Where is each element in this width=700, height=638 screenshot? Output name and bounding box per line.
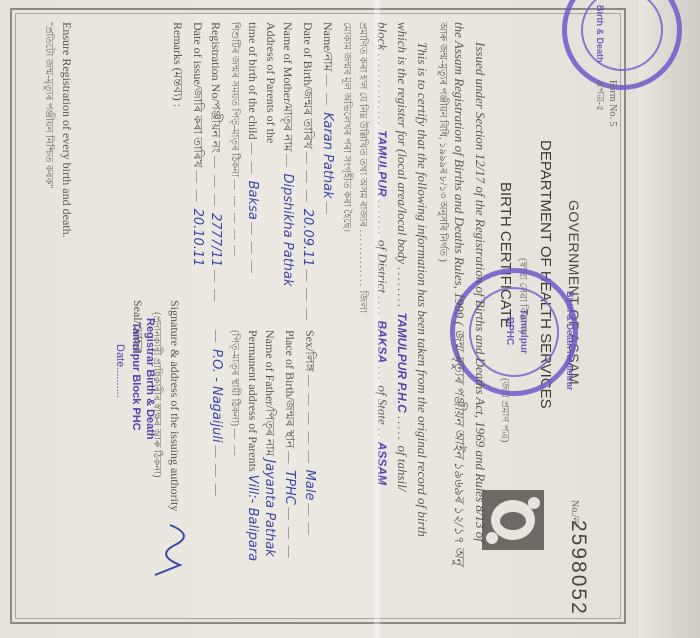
certificate-number: 2598052: [566, 520, 590, 616]
father-row: Name of Father/পিতৃৰ নাম Jayanta Pathak: [258, 330, 278, 557]
bengali-certify-line-2: মোকাম জন্মৰ মূল অভিলেখৰ পৰা সংগৃহীত কৰা …: [337, 22, 354, 232]
sex-value: Male: [302, 470, 317, 501]
issued-under-line-3: আৰু জন্ম-মৃত্যুৰ পঞ্জীয়ন বিধি, ১৯৯৯ৰ ৮/…: [433, 22, 450, 262]
signature-scribble-icon: [150, 520, 200, 580]
registration-row: Registration No/পঞ্জীয়ন নং — — — 2777/1…: [204, 22, 224, 303]
sex-row: Sex/লিঙ্গ — — — — — Male — —: [298, 330, 318, 536]
certify-line-1: This is to certify that the following in…: [414, 42, 430, 537]
issue-date-value: 20.10.11: [190, 209, 205, 267]
pob-row: Place of Birth/জন্মৰ স্থান — TPHC — — —: [278, 330, 298, 560]
signature-label: Signature & address of the issuing autho…: [167, 300, 182, 511]
pob-value: TPHC: [282, 470, 297, 505]
perm-address-row-2: — P.O. - Nagaijuli — — —: [209, 330, 224, 498]
bengali-certify-line-1: প্ৰমাণিত কৰা হ'ল যে নিম্ন উল্লিখিত তথ্য …: [353, 22, 370, 313]
birth-certificate: Birth & Death Form No. 5 প্ৰপত্ৰ-৫ GOVER…: [0, 0, 640, 638]
dob-row: Date of Birth/জন্মৰ তাৰিখ — — — 20.09.11…: [296, 22, 316, 322]
address-row-bn: শিশুটিৰ জন্মৰ সময়ত পিতৃ-মাতৃৰ ঠিকনা — —…: [225, 22, 242, 258]
health-department-logo-icon: [482, 490, 544, 550]
issued-under-line-2: the Assam Registration of Births and Dea…: [447, 22, 468, 565]
address-row-1: Address of Parents of the: [263, 22, 278, 143]
seal-label: Seal/মোহৰ: [126, 300, 146, 352]
certify-line-2: which is the register for (local area/lo…: [394, 22, 410, 491]
perm-address-value-1: Vill:- Balipara: [245, 475, 260, 562]
remarks-row: Remarks (মন্তব্য) :: [166, 22, 186, 107]
name-row: Name/নাম — — Karan Pathak —: [316, 22, 336, 216]
form-number: Form No. 5 প্ৰপত্ৰ-৫: [590, 80, 618, 126]
perm-address-value-2: P.O. - Nagaijuli: [209, 349, 224, 443]
issue-date-row: Date of issue/জাৰি কৰা তাৰিখ — — 20.10.1…: [186, 22, 206, 266]
photo-glare: [374, 0, 380, 638]
perm-address-row: Permanent address of Parents Vill:- Bali…: [245, 330, 260, 561]
perm-address-row-bn: (পিতৃ-মাতৃৰ স্থায়ী ঠিকনা) — —: [225, 330, 242, 457]
dob-value: 20.09.11: [300, 209, 315, 267]
background-surface: [638, 0, 700, 638]
footer-line-2: "প্ৰতিটো জন্ম-মৃত্যুৰ পঞ্জীয়ন নিশ্চিত ক…: [39, 22, 56, 189]
father-value: Jayanta Pathak: [262, 459, 277, 557]
issued-under-line-1: Issued under Section 12/17 of the Regist…: [472, 42, 488, 542]
mother-value: Dipshikha Pathak: [280, 174, 295, 287]
address-row-2: time of birth of the child — — Baksa — —…: [245, 22, 260, 275]
footer-line-1: Ensure Registration of every birth and d…: [59, 22, 74, 238]
local-body-value: TAMULPUR P.H.C: [395, 313, 409, 413]
mother-row: Name of Mother/মাতৃৰ নাম — Dipshikha Pat…: [276, 22, 296, 287]
address-value: Baksa: [245, 181, 260, 220]
registration-value: 2777/11: [208, 213, 223, 267]
name-value: Karan Pathak: [320, 112, 335, 198]
registrar-seal-stamp: Birth & Death Registrar Tamulpur BPHC: [450, 268, 578, 396]
registrar-stamp-date: Date..........: [114, 344, 126, 398]
